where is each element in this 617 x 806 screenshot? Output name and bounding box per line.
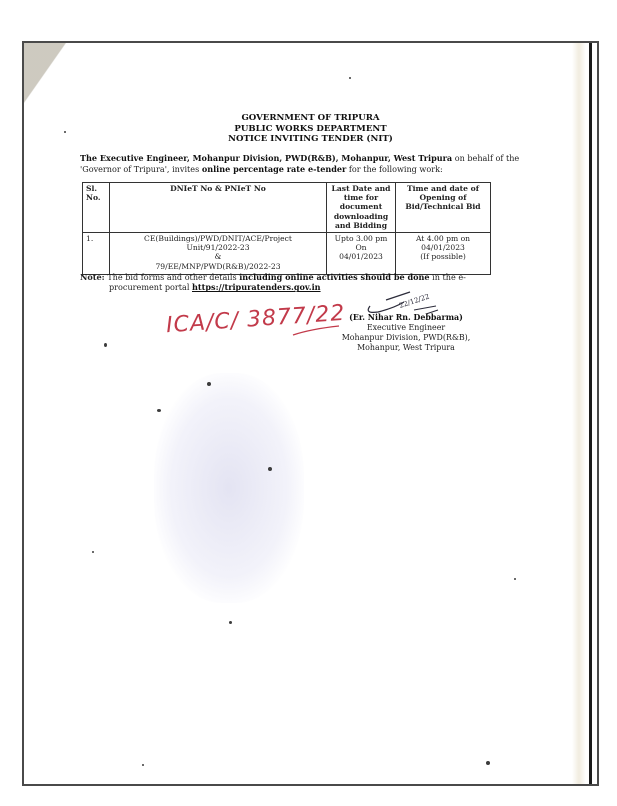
portal-link[interactable]: https://tripuratenders.gov.in xyxy=(192,282,321,292)
signatory-office: Mohanpur Division, PWD(R&B), xyxy=(336,333,476,343)
signatory-location: Mohanpur, West Tripura xyxy=(336,343,476,353)
handwriting-stroke xyxy=(291,325,341,339)
signature-date: 22/12/22 xyxy=(398,293,430,310)
scan-smudge xyxy=(154,373,304,603)
speck xyxy=(142,764,144,766)
cell-sl-no: 1. xyxy=(83,233,110,275)
signature-block: (Er. Nihar Rn. Debbarma) Executive Engin… xyxy=(336,313,476,353)
scan-edge-line xyxy=(589,43,592,784)
signatory-designation: Executive Engineer xyxy=(336,323,476,333)
intro-paragraph: The Executive Engineer, Mohanpur Divisio… xyxy=(80,153,560,174)
header-last-date: Last Date and time for document download… xyxy=(327,183,396,233)
speck xyxy=(268,467,272,471)
heading-government: GOVERNMENT OF TRIPURA xyxy=(24,113,597,124)
scan-edge-shadow xyxy=(572,43,586,784)
cell-last-date: Upto 3.00 pm On 04/01/2023 xyxy=(327,233,396,275)
note-label: Note: xyxy=(80,272,105,282)
speck xyxy=(514,578,516,580)
scanned-page: GOVERNMENT OF TRIPURA PUBLIC WORKS DEPAR… xyxy=(22,41,599,786)
intro-text-2: for the following work: xyxy=(346,164,442,174)
speck xyxy=(207,382,211,386)
header-opening: Time and date of Opening of Bid/Technica… xyxy=(396,183,491,233)
cell-opening: At 4.00 pm on 04/01/2023 (If possible) xyxy=(396,233,491,275)
header-sl-no: Sl. No. xyxy=(83,183,110,233)
document-heading: GOVERNMENT OF TRIPURA PUBLIC WORKS DEPAR… xyxy=(24,113,597,145)
heading-notice: NOTICE INVITING TENDER (NIT) xyxy=(24,134,597,145)
folded-corner xyxy=(24,43,86,123)
speck xyxy=(157,409,161,412)
header-dniet: DNIeT No & PNIeT No xyxy=(110,183,327,233)
table-header-row: Sl. No. DNIeT No & PNIeT No Last Date an… xyxy=(83,183,491,233)
speck xyxy=(92,551,94,553)
speck xyxy=(349,77,351,79)
issuer: The Executive Engineer, Mohanpur Divisio… xyxy=(80,153,452,163)
signatory-name: (Er. Nihar Rn. Debbarma) xyxy=(336,313,476,323)
speck xyxy=(486,761,490,765)
speck xyxy=(229,621,232,624)
tender-table: Sl. No. DNIeT No & PNIeT No Last Date an… xyxy=(82,182,491,275)
table-row: 1. CE(Buildings)/PWD/DNIT/ACE/Project Un… xyxy=(83,233,491,275)
cell-dniet: CE(Buildings)/PWD/DNIT/ACE/Project Unit/… xyxy=(110,233,327,275)
note-paragraph: Note: The bid forms and other details in… xyxy=(80,272,562,293)
speck xyxy=(104,343,107,347)
heading-department: PUBLIC WORKS DEPARTMENT xyxy=(24,124,597,135)
tender-type: online percentage rate e-tender xyxy=(202,164,347,174)
